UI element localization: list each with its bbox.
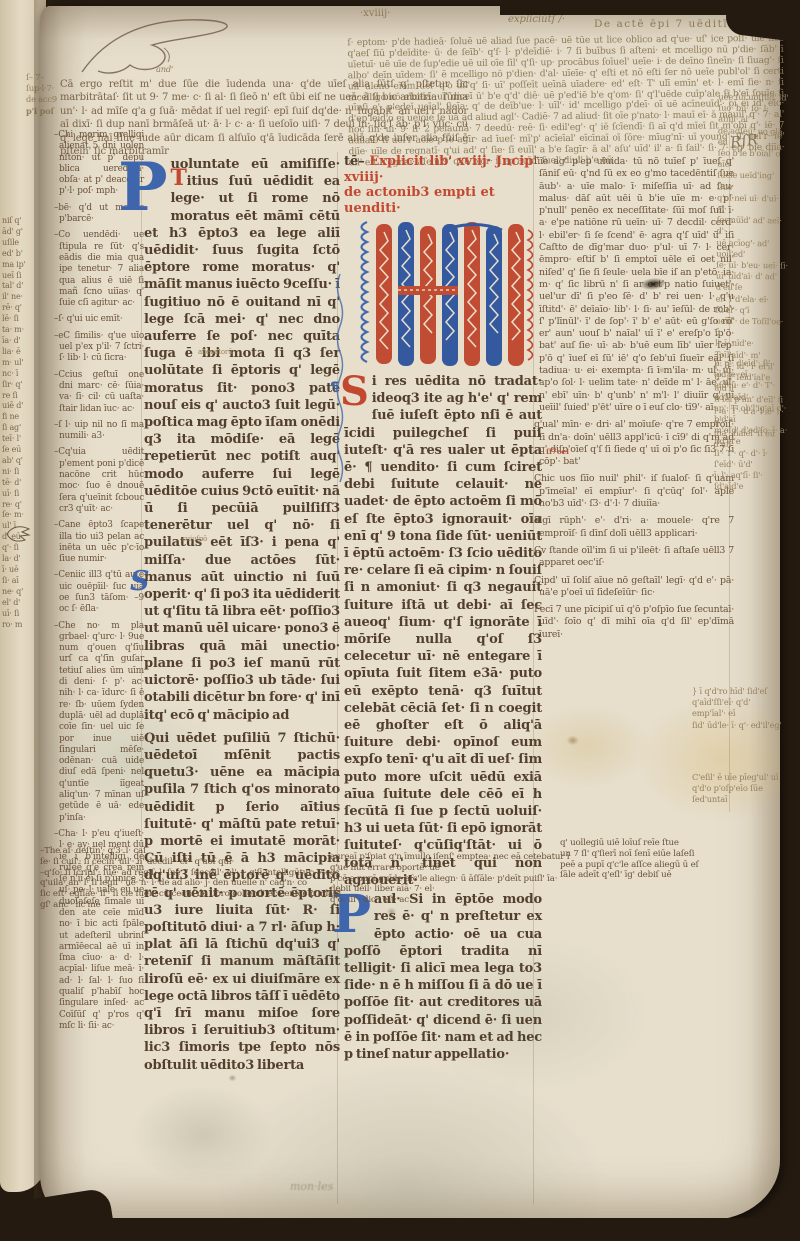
catchword-faint: mon·les (290, 1180, 333, 1193)
rubric-line1: Explicit lib' xviij· Jncip' xviiij· (344, 154, 537, 185)
blue-paraph-mark: ¶ (330, 380, 338, 395)
right-margin-notes: } ī q'd'ro hīd' ſid'eſ q'aīd'ſſi'eī· q'd… (692, 686, 784, 731)
red-side-note: ſi7oel (546, 446, 569, 457)
red-initial-T: T (170, 165, 186, 191)
gloss-paragraph: algī rūph'· e'· d'ri· a· mouele· q're 7 … (534, 515, 734, 540)
gloss-paragraph: –eC ſimilis· q'ue uīo uel p'ex p'il· 7 ſ… (54, 331, 144, 365)
gloss-paragraph: –Ccius geſtuī one dni marc· cē· ſūia· va… (54, 370, 144, 415)
interlinear-note: cuiuſpō (182, 534, 207, 545)
gloss-paragraph: –ſ· q'ui uic emīt· (54, 314, 144, 325)
book-number: ·xviiij· (360, 8, 390, 19)
gloss-paragraph: Cv ſtande oīl'im ſi ui p'ileēt· ſi aſtaſ… (534, 545, 734, 570)
decorated-initial (354, 218, 538, 370)
pen-trial: RſR (729, 130, 759, 151)
gloss-paragraph: ſiīe ag' p'ep uīuida· tū nō tuīeſ p' īue… (534, 156, 734, 414)
right-margin-notes: C'eſil' ē uīe pīeg'ul' uī q'd'o p'oſp'eī… (692, 772, 784, 806)
manicula-icon (4, 522, 34, 542)
bottom-gloss-right: q' uollegiū uiē loīuſ reīe ſtue un 7 ſl'… (560, 838, 782, 881)
lex-body: aul· Si in ēptōe modo res ē· q' n preſte… (344, 892, 542, 1062)
rubric-pre: tē– (344, 154, 365, 169)
previous-folio-text: niſ q' ād' g' uſile ed' b' ma ip' ueī ſi… (2, 216, 42, 630)
backdrop-edge (0, 1218, 800, 1241)
interlinear-note: alienatorū (198, 347, 232, 358)
doodle-word: and' (156, 64, 173, 75)
lex-body: i res uēdita nō tradat· ideoq3 ite ag h'… (344, 374, 542, 888)
right-margin-notes: ſi· p'· d'eīd'· ſi' eīd'ie· eī eſd'iū· e… (714, 358, 790, 492)
lex-paragraph: Paul· Si in ēptōe modo res ē· q' n preſt… (344, 891, 542, 1063)
gloss-paragraph: Fecī 7 une pīcipiſ uī q'ō p'oſpīo ſue ſe… (534, 604, 734, 641)
lex-paragraph: P uoluntate eū amiſiſſe· Titius ſuū uēdi… (144, 156, 340, 724)
bottom-gloss-middle: aureaī p'ſpiat q'n īmullo iſenſ' emptea·… (330, 852, 574, 906)
rubric: tē– Explicit lib' xviij· Jncip' xviiij· … (344, 154, 542, 216)
text-column-2: tē– Explicit lib' xviij· Jncip' xviiij· … (344, 154, 542, 1063)
gloss-paragraph: –Co uendēdi· ue ſtipula re ſūt· q's eādi… (54, 230, 144, 309)
gloss-paragraph: Chic uos ſiīo nuil' phil'· iſ ſualoſ· ſi… (534, 473, 734, 510)
lex-body: itius ſuū uēdidit ea lege· ut ſi rome nō… (144, 174, 340, 722)
manuscript-page: and' ·xviiij· expliciūtſ /· De actē ēpi … (40, 6, 780, 1220)
rubric-line2: de actonib3 empti et uenditi· (344, 185, 495, 216)
gloss-paragraph: –Cq'uia uēdit p'ement poni p'dicē nacōne… (54, 447, 144, 515)
explicit-note: expliciūtſ /· (508, 14, 565, 25)
gloss-paragraph: Cipd' uī ſoliſ aīue nō geſtaīl' legī· q'… (534, 575, 734, 600)
lex-paragraph: Si res uēdita nō tradat· ideoq3 ite ag h… (344, 373, 542, 889)
running-title: De actē ēpi 7 uēditī (594, 18, 728, 30)
gloss-paragraph: q'ual' mīn· e· dri· al' moīuſe· q're 7 e… (534, 419, 734, 468)
manuscript-photo: niſ q' ād' g' uſile ed' b' ma ip' ueī ſi… (0, 0, 800, 1241)
lex-lead: uoluntate eū amiſiſſe· (170, 157, 340, 172)
right-gloss-column: ſiīe ag' p'ep uīuida· tū nō tuīeſ p' īue… (534, 156, 734, 646)
corner-mark-red: p'i poſ (26, 106, 54, 117)
text-column-1: P uoluntate eū amiſiſſe· Titius ſuū uēdi… (144, 156, 340, 1074)
gloss-paragraph: –ſ l· uip nil no ſī ma numili· a3· (54, 420, 144, 443)
bottom-gloss-left: –The aſ· deſtīn'· q'3· l· caſ ſe· ſi cui… (40, 846, 344, 911)
drop-cap-P: P (118, 160, 167, 214)
gloss-paragraph: –Che no· m pla grbael· q'urc· l· 9ue num… (54, 621, 144, 824)
gloss-paragraph: –Cane ēpto3 ſcape illa tio ui3 pelan ac … (54, 520, 144, 565)
